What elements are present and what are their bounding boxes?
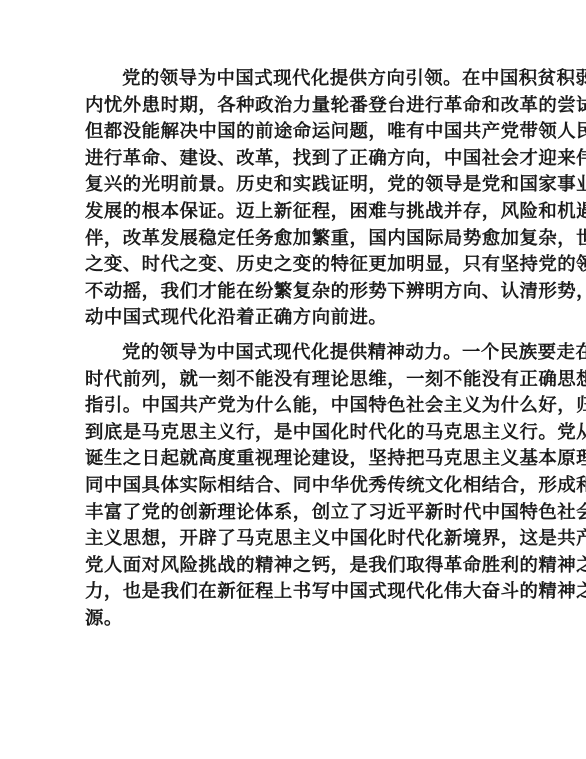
text-line: 发展的根本保证。迈上新征程，困难与挑战并存，风险和机遇相 [85,199,505,226]
text-line: 指引。中国共产党为什么能，中国特色社会主义为什么好，归根 [85,393,505,420]
text-line: 源。 [85,606,505,633]
text-line: 丰富了党的创新理论体系，创立了习近平新时代中国特色社会 [85,500,505,527]
text-line: 力，也是我们在新征程上书写中国式现代化伟大奋斗的精神之 [85,579,505,606]
text-line: 但都没能解决中国的前途命运问题，唯有中国共产党带领人民 [85,119,505,146]
text-line: 复兴的光明前景。历史和实践证明，党的领导是党和国家事业 [85,172,505,199]
text-line: 伴，改革发展稳定任务愈加繁重，国内国际局势愈加复杂，世界 [85,226,505,253]
text-line: 时代前列，就一刻不能没有理论思维，一刻不能没有正确思想 [85,367,505,394]
text-line: 到底是马克思主义行，是中国化时代化的马克思主义行。党从 [85,420,505,447]
text-line: 党的领导为中国式现代化提供方向引领。在中国积贫积弱、 [85,66,505,93]
text-line: 不动摇，我们才能在纷繁复杂的形势下辨明方向、认清形势，推 [85,279,505,306]
paragraph-direction-leadership: 党的领导为中国式现代化提供方向引领。在中国积贫积弱、 内忧外患时期，各种政治力量… [85,66,505,332]
text-line: 动中国式现代化沿着正确方向前进。 [85,305,505,332]
text-line: 诞生之日起就高度重视理论建设，坚持把马克思主义基本原理 [85,446,505,473]
document-body: 党的领导为中国式现代化提供方向引领。在中国积贫积弱、 内忧外患时期，各种政治力量… [85,66,505,632]
text-line: 党的领导为中国式现代化提供精神动力。一个民族要走在 [85,340,505,367]
document-page: 党的领导为中国式现代化提供方向引领。在中国积贫积弱、 内忧外患时期，各种政治力量… [0,0,586,759]
text-line: 党人面对风险挑战的精神之钙，是我们取得革命胜利的精神之 [85,553,505,580]
text-line: 同中国具体实际相结合、同中华优秀传统文化相结合，形成和 [85,473,505,500]
text-line: 之变、时代之变、历史之变的特征更加明显，只有坚持党的领导 [85,252,505,279]
text-line: 进行革命、建设、改革，找到了正确方向，中国社会才迎来伟大 [85,146,505,173]
paragraph-spiritual-motivation: 党的领导为中国式现代化提供精神动力。一个民族要走在 时代前列，就一刻不能没有理论… [85,340,505,633]
text-line: 内忧外患时期，各种政治力量轮番登台进行革命和改革的尝试， [85,93,505,120]
text-line: 主义思想，开辟了马克思主义中国化时代化新境界，这是共产 [85,526,505,553]
